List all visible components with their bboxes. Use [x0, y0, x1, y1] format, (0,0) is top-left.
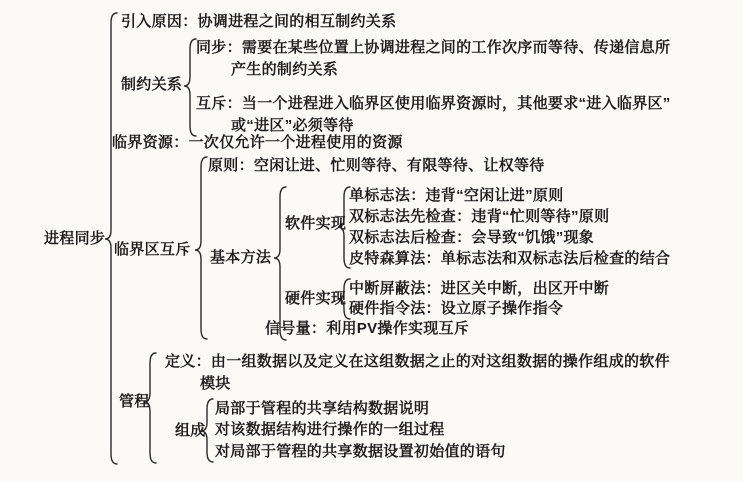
node-principle: 原则：空闲让进、忙则等待、有限等待、让权等待 [208, 156, 545, 176]
node-composition-item-3: 对局部于管程的共享数据设置初始值的语句 [215, 442, 506, 462]
node-basic-methods-label: 基本方法 [210, 248, 271, 268]
node-definition-line2: 模块 [200, 374, 231, 394]
node-software-label: 软件实现 [285, 214, 346, 234]
node-composition-item-2: 对该数据结构进行操作的一组过程 [215, 420, 445, 440]
node-composition-item-1: 局部于管程的共享结构数据说明 [215, 399, 429, 419]
node-sync-line2: 产生的制约关系 [231, 60, 338, 80]
node-peterson: 皮特森算法：单标志法和双标志法后检查的结合 [349, 249, 670, 269]
node-critical-section-label: 临界区互斥 [114, 240, 191, 260]
node-double-flag-post: 双标志法后检查：会导致“饥饿”现象 [349, 228, 594, 248]
node-critical-resource: 临界资源：一次仅允许一个进程使用的资源 [112, 133, 403, 153]
node-semaphore: 信号量：利用PV操作实现互斥 [265, 319, 469, 339]
node-hw-instruction: 硬件指令法：设立原子操作指令 [349, 299, 563, 319]
node-constraint-label: 制约关系 [121, 75, 182, 95]
node-single-flag: 单标志法：违背“空闲让进”原则 [349, 186, 564, 206]
node-composition-label: 组成 [175, 421, 206, 441]
node-hardware-label: 硬件实现 [285, 289, 346, 309]
node-double-flag-pre: 双标志法先检查：违背“忙则等待”原则 [349, 207, 609, 227]
node-intro: 引入原因：协调进程之间的相互制约关系 [121, 12, 396, 32]
node-sync-line1: 同步：需要在某些位置上协调进程之间的工作次序而等待、传递信息所 [196, 38, 670, 58]
node-monitor-label: 管程 [119, 392, 150, 412]
node-definition-line1: 定义：由一组数据以及定义在这组数据之止的对这组数据的操作组成的软件 [165, 352, 670, 372]
node-root: 进程同步 [44, 229, 105, 249]
node-interrupt-mask: 中断屏蔽法：进区关中断，出区开中断 [349, 279, 609, 299]
node-mutex-line1: 互斥：当一个进程进入临界区使用临界资源时，其他要求“进入临界区” [196, 94, 671, 114]
mindmap-page: 进程同步 引入原因：协调进程之间的相互制约关系 制约关系 同步：需要在某些位置上… [0, 0, 743, 482]
